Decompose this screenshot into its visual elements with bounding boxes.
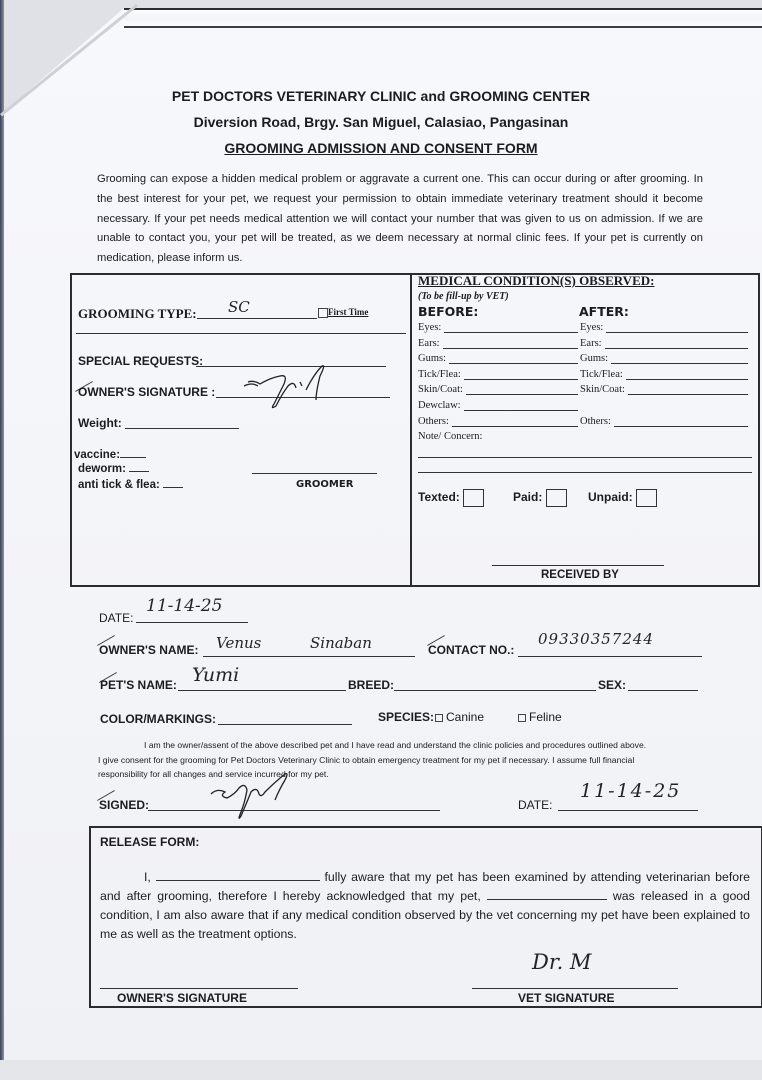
canine-checkbox[interactable]: [435, 714, 443, 722]
owner-name-label: OWNER'S NAME:: [99, 643, 199, 657]
sex-field[interactable]: [628, 674, 698, 691]
note-line-1[interactable]: [418, 445, 752, 458]
first-time-label: First Time: [328, 307, 368, 317]
unpaid-checkbox[interactable]: [636, 489, 657, 507]
vaccine-label: vaccine:: [74, 447, 146, 461]
weight-field[interactable]: [125, 414, 239, 429]
after-field-row[interactable]: Ears:: [580, 338, 748, 349]
vet-signature-value: Dr. M: [532, 950, 591, 974]
received-by-label: RECEIVED BY: [541, 569, 619, 581]
sex-label: SEX:: [598, 678, 626, 692]
special-requests-label: SPECIAL REQUESTS:: [78, 354, 203, 368]
color-markings-label: COLOR/MARKINGS:: [100, 712, 216, 726]
grooming-type-value: SC: [228, 298, 250, 316]
owner-signature-label: OWNER'S SIGNATURE :: [78, 385, 215, 399]
date-value: 11-14-25: [146, 596, 222, 616]
before-field-row[interactable]: Tick/Flea:: [418, 369, 578, 380]
clinic-address: Diversion Road, Brgy. San Miguel, Calasi…: [0, 114, 762, 130]
weight-label: Weight:: [78, 416, 122, 430]
grooming-type-field[interactable]: [197, 304, 317, 319]
first-time-option[interactable]: First Time: [318, 307, 368, 318]
before-field-row[interactable]: Gums:: [418, 353, 578, 364]
contact-label: CONTACT NO.:: [428, 643, 514, 657]
after-label: AFTER:: [579, 304, 629, 319]
signed-label: SIGNED:: [99, 798, 149, 812]
paid-checkbox[interactable]: [546, 489, 567, 507]
texted-checkbox[interactable]: [463, 489, 484, 507]
release-form-text: I, fully aware that my pet has been exam…: [100, 868, 750, 944]
release-form-title: RELEASE FORM:: [100, 835, 199, 849]
breed-label: BREED:: [348, 678, 394, 692]
consent-date-label: DATE:: [518, 798, 552, 812]
before-field-label: Dewclaw:: [418, 400, 461, 411]
release-owner-signature-field[interactable]: [100, 976, 298, 989]
before-field-label: Others:: [418, 416, 449, 427]
breed-field[interactable]: [394, 674, 596, 691]
note-line-2[interactable]: [418, 460, 752, 473]
species-label: SPECIES:: [378, 710, 434, 724]
first-time-checkbox[interactable]: [318, 308, 328, 318]
owner-first-name: Venus: [216, 634, 261, 652]
scanner-bed: [0, 1060, 762, 1080]
medical-title: MEDICAL CONDITION(S) OBSERVED:: [418, 273, 654, 289]
grooming-type-label: GROOMING TYPE:: [78, 306, 197, 322]
species-canine-option[interactable]: Canine: [435, 710, 484, 724]
before-field-row[interactable]: Dewclaw:: [418, 400, 578, 411]
after-field-label: Tick/Flea:: [580, 369, 623, 380]
after-field-label: Others:: [580, 416, 611, 427]
note-concern-label: Note/ Concern:: [418, 431, 482, 442]
species-feline-option[interactable]: Feline: [518, 710, 562, 724]
before-field-row[interactable]: Ears:: [418, 338, 578, 349]
before-field-row[interactable]: Skin/Coat:: [418, 384, 578, 395]
owner-signature-scribble: [240, 362, 340, 412]
groomer-signature-field[interactable]: [252, 459, 377, 474]
intro-paragraph: Grooming can expose a hidden medical pro…: [97, 170, 703, 269]
contact-value: 09330357244: [538, 630, 654, 648]
color-markings-field[interactable]: [218, 708, 352, 725]
after-field-row[interactable]: Skin/Coat:: [580, 384, 748, 395]
date-label: DATE:: [99, 611, 133, 625]
after-field-row[interactable]: Eyes:: [580, 322, 748, 333]
release-pet-name-field[interactable]: [487, 887, 607, 900]
received-by-field[interactable]: [492, 553, 664, 566]
pet-name-label: PET'S NAME:: [100, 678, 177, 692]
before-field-label: Tick/Flea:: [418, 369, 461, 380]
consent-line-1: I am the owner/assent of the above descr…: [144, 738, 762, 753]
after-field-row[interactable]: Others:: [580, 416, 748, 427]
before-field-row[interactable]: Others:: [418, 416, 578, 427]
unpaid-option[interactable]: Unpaid:: [588, 489, 657, 507]
anti-tick-flea-label: anti tick & flea:: [78, 477, 183, 491]
consent-line-2: I give consent for the grooming for Pet …: [98, 753, 738, 768]
deworm-label: deworm:: [78, 461, 149, 475]
after-field-label: Eyes:: [580, 322, 603, 333]
after-field-label: Gums:: [580, 353, 608, 364]
page-fold: [124, 8, 762, 28]
before-field-label: Gums:: [418, 353, 446, 364]
owner-last-name: Sinaban: [310, 634, 372, 652]
pet-name-value: Yumi: [192, 664, 239, 686]
before-field-label: Eyes:: [418, 322, 441, 333]
before-field-label: Skin/Coat:: [418, 384, 463, 395]
vet-signature-field[interactable]: [472, 976, 678, 989]
consent-date-value: 11-14-25: [580, 780, 681, 802]
after-field-row[interactable]: Gums:: [580, 353, 748, 364]
release-owner-signature-label: OWNER'S SIGNATURE: [117, 991, 247, 1005]
groomer-label: GROOMER: [296, 479, 353, 490]
clinic-name: PET DOCTORS VETERINARY CLINIC and GROOMI…: [0, 88, 762, 104]
medical-subtitle: (To be fill-up by VET): [418, 291, 509, 302]
before-field-row[interactable]: Eyes:: [418, 322, 578, 333]
column-divider: [410, 273, 412, 587]
form-title: GROOMING ADMISSION AND CONSENT FORM: [0, 140, 762, 156]
scan-edge: [0, 0, 4, 1080]
before-label: BEFORE:: [418, 304, 478, 319]
texted-option[interactable]: Texted:: [418, 489, 484, 507]
grooming-type-line-2[interactable]: [76, 321, 406, 334]
after-field-row[interactable]: Tick/Flea:: [580, 369, 748, 380]
before-field-label: Ears:: [418, 338, 440, 349]
paid-option[interactable]: Paid:: [513, 489, 567, 507]
vet-signature-label: VET SIGNATURE: [518, 991, 614, 1005]
consent-signature-scribble: [205, 772, 305, 824]
release-owner-name-field[interactable]: [156, 868, 320, 881]
feline-checkbox[interactable]: [518, 714, 526, 722]
after-field-label: Skin/Coat:: [580, 384, 625, 395]
after-field-label: Ears:: [580, 338, 602, 349]
